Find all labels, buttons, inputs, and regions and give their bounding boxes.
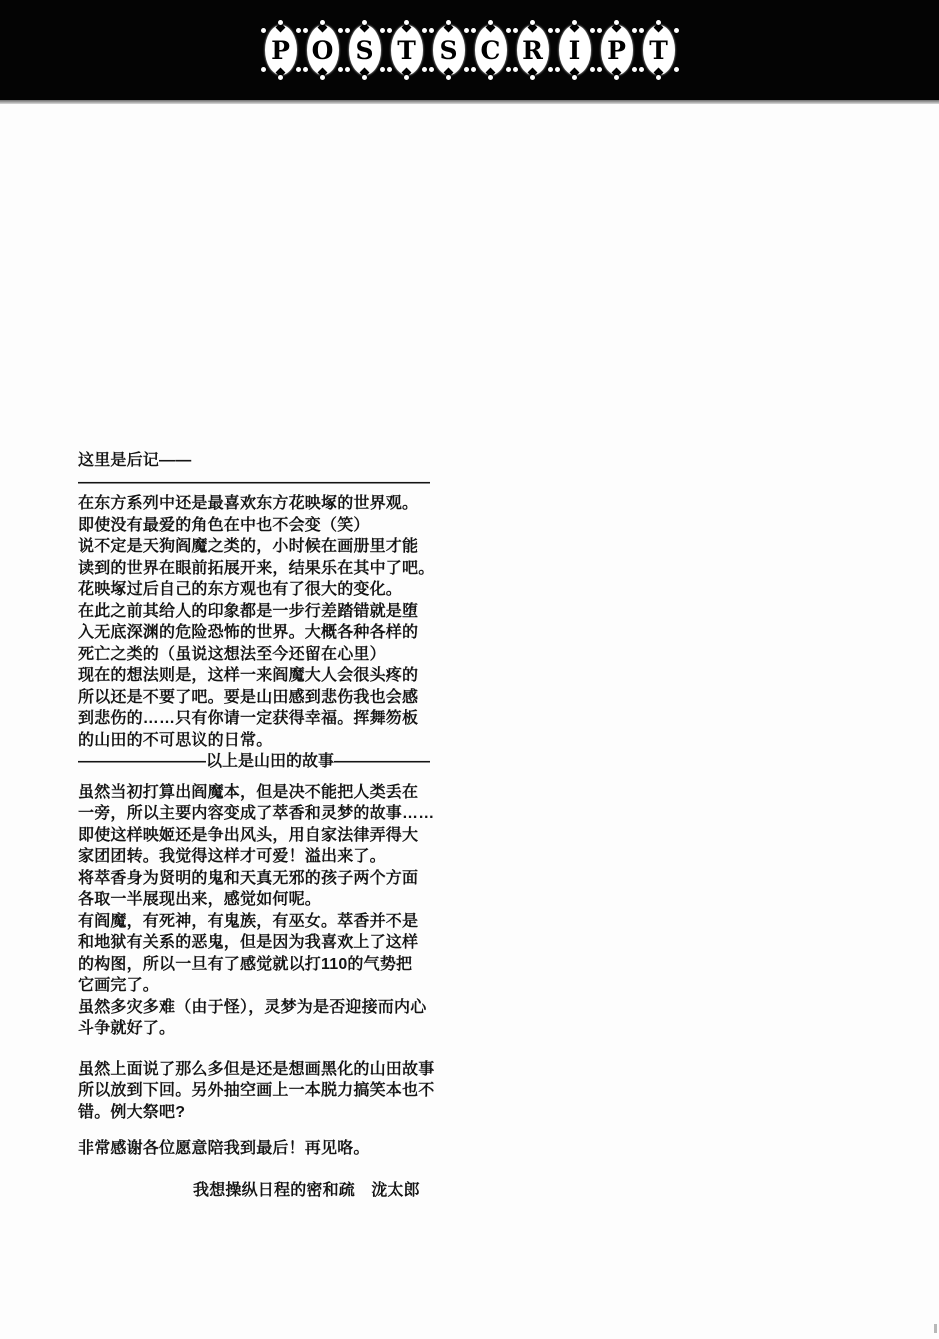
- logo-dot-icon: [513, 28, 518, 33]
- logo-dot-icon: [429, 67, 434, 72]
- logo-dot-icon: [422, 28, 427, 33]
- logo-dot-icon: [387, 28, 392, 33]
- logo-dot-icon: [338, 67, 343, 72]
- logo-dot-icon: [345, 67, 350, 72]
- text-line: 入无底深渊的危险恐怖的世界。大概各种各样的: [78, 622, 434, 644]
- text-line: 所以放到下回。另外抽空画上一本脱力搞笑本也不: [78, 1080, 434, 1102]
- text-line: 死亡之类的（虽说这想法至今还留在心里）: [78, 644, 434, 666]
- logo-dot-icon: [296, 28, 301, 33]
- logo-dot-icon: [656, 75, 661, 80]
- text-line: 错。例大祭吧?: [78, 1102, 434, 1124]
- intro-line: 这里是后记——: [78, 450, 434, 472]
- logo-dot-icon: [320, 20, 325, 25]
- logo-letter: S: [345, 23, 385, 77]
- logo-dot-icon: [446, 75, 451, 80]
- logo-dot-icon: [338, 28, 343, 33]
- logo-letter: P: [261, 23, 301, 77]
- logo-dot-icon: [320, 75, 325, 80]
- logo-dot-icon: [572, 75, 577, 80]
- logo-dot-icon: [513, 67, 518, 72]
- logo-dot-icon: [404, 75, 409, 80]
- logo-dot-icon: [590, 28, 595, 33]
- logo-dot-icon: [656, 20, 661, 25]
- logo-dot-icon: [590, 67, 595, 72]
- text-line: 的构图，所以一旦有了感觉就以打110的气势把: [78, 954, 434, 976]
- logo-dot-icon: [429, 28, 434, 33]
- logo-dot-icon: [548, 28, 553, 33]
- logo-dot-icon: [530, 75, 535, 80]
- divider-yamada-story: ————————以上是山田的故事——————: [78, 751, 434, 773]
- logo-dot-icon: [380, 67, 385, 72]
- logo-dot-icon: [639, 67, 644, 72]
- text-line: 读到的世界在眼前拓展开来，结果乐在其中了吧。: [78, 558, 434, 580]
- logo-dot-icon: [597, 67, 602, 72]
- logo-dot-icon: [422, 67, 427, 72]
- logo-dot-icon: [278, 20, 283, 25]
- top-banner: POSTSCRIPT: [0, 0, 939, 100]
- logo-dot-icon: [488, 75, 493, 80]
- banner-scan-edge: [0, 100, 939, 104]
- logo-dot-icon: [530, 20, 535, 25]
- text-line: 即使没有最爱的角色在中也不会变（笑）: [78, 515, 434, 537]
- logo-letter: O: [303, 23, 343, 77]
- divider-top: ——————————————————————: [78, 472, 434, 494]
- logo-letter: R: [513, 23, 553, 77]
- logo-dot-icon: [471, 28, 476, 33]
- postscript-logo: POSTSCRIPT: [261, 23, 679, 77]
- logo-dot-icon: [362, 20, 367, 25]
- logo-dot-icon: [572, 20, 577, 25]
- text-line: 和地狱有关系的恶鬼，但是因为我喜欢上了这样: [78, 932, 434, 954]
- logo-dot-icon: [555, 28, 560, 33]
- logo-dot-icon: [506, 67, 511, 72]
- logo-dot-icon: [471, 67, 476, 72]
- text-line: 各取一半展现出来，感觉如何呢。: [78, 889, 434, 911]
- text-line: 现在的想法则是，这样一来阎魔大人会很头疼的: [78, 665, 434, 687]
- logo-dot-icon: [303, 67, 308, 72]
- logo-letter: S: [429, 23, 469, 77]
- text-line: 所以还是不要了吧。要是山田感到悲伤我也会感: [78, 687, 434, 709]
- logo-dot-icon: [261, 67, 266, 72]
- signature-line: 我想操纵日程的密和疏 泷太郎: [78, 1180, 434, 1202]
- logo-dot-icon: [303, 28, 308, 33]
- text-line: 花映塚过后自己的东方观也有了很大的变化。: [78, 579, 434, 601]
- paragraph-next-plans: 虽然上面说了那么多但是还是想画黑化的山田故事所以放到下回。另外抽空画上一本脱力搞…: [78, 1059, 434, 1124]
- text-line: 虽然上面说了那么多但是还是想画黑化的山田故事: [78, 1059, 434, 1081]
- text-line: 一旁，所以主要内容变成了萃香和灵梦的故事……: [78, 803, 434, 825]
- logo-dot-icon: [464, 28, 469, 33]
- paragraph-book-content: 虽然当初打算出阎魔本，但是决不能把人类丢在一旁，所以主要内容变成了萃香和灵梦的故…: [78, 782, 434, 1040]
- logo-dot-icon: [674, 28, 679, 33]
- logo-dot-icon: [632, 28, 637, 33]
- logo-dot-icon: [632, 67, 637, 72]
- logo-dot-icon: [278, 75, 283, 80]
- logo-dot-icon: [296, 67, 301, 72]
- text-line: 在东方系列中还是最喜欢东方花映塚的世界观。: [78, 493, 434, 515]
- text-line: 有阎魔，有死神，有鬼族，有巫女。萃香并不是: [78, 911, 434, 933]
- scan-speck: [934, 1324, 937, 1333]
- logo-dot-icon: [404, 20, 409, 25]
- logo-dot-icon: [674, 67, 679, 72]
- text-line: 的山田的不可思议的日常。: [78, 730, 434, 752]
- text-line: 虽然多灾多难（由于怪），灵梦为是否迎接而内心: [78, 997, 434, 1019]
- logo-dot-icon: [488, 20, 493, 25]
- logo-dot-icon: [446, 20, 451, 25]
- logo-letter: T: [387, 23, 427, 77]
- logo-dot-icon: [362, 75, 367, 80]
- logo-dot-icon: [555, 67, 560, 72]
- logo-letter: I: [555, 23, 595, 77]
- text-line: 将萃香身为贤明的鬼和天真无邪的孩子两个方面: [78, 868, 434, 890]
- text-line: 在此之前其给人的印象都是一步行差踏错就是堕: [78, 601, 434, 623]
- thanks-line: 非常感谢各位愿意陪我到最后！再见咯。: [78, 1138, 434, 1160]
- logo-dot-icon: [614, 75, 619, 80]
- logo-dot-icon: [261, 28, 266, 33]
- logo-letter: P: [597, 23, 637, 77]
- text-line: 家团团转。我觉得这样才可爱！溢出来了。: [78, 846, 434, 868]
- text-line: 斗争就好了。: [78, 1018, 434, 1040]
- logo-dot-icon: [597, 28, 602, 33]
- text-line: 说不定是天狗阎魔之类的，小时候在画册里才能: [78, 536, 434, 558]
- text-line: 到悲伤的……只有你请一定获得幸福。挥舞笏板: [78, 708, 434, 730]
- logo-dot-icon: [548, 67, 553, 72]
- logo-dot-icon: [387, 67, 392, 72]
- afterword-text: 这里是后记—— —————————————————————— 在东方系列中还是最…: [78, 450, 434, 1201]
- logo-dot-icon: [345, 28, 350, 33]
- paragraph-worldview: 在东方系列中还是最喜欢东方花映塚的世界观。即使没有最爱的角色在中也不会变（笑）说…: [78, 493, 434, 751]
- logo-dot-icon: [380, 28, 385, 33]
- text-line: 即使这样映姬还是争出风头，用自家法律弄得大: [78, 825, 434, 847]
- logo-dot-icon: [506, 28, 511, 33]
- text-line: 它画完了。: [78, 975, 434, 997]
- scanned-afterword-page: POSTSCRIPT 这里是后记—— —————————————————————…: [0, 0, 939, 1339]
- text-line: 虽然当初打算出阎魔本，但是决不能把人类丢在: [78, 782, 434, 804]
- logo-letter: C: [471, 23, 511, 77]
- logo-letter: T: [639, 23, 679, 77]
- logo-dot-icon: [639, 28, 644, 33]
- logo-dot-icon: [464, 67, 469, 72]
- logo-dot-icon: [614, 20, 619, 25]
